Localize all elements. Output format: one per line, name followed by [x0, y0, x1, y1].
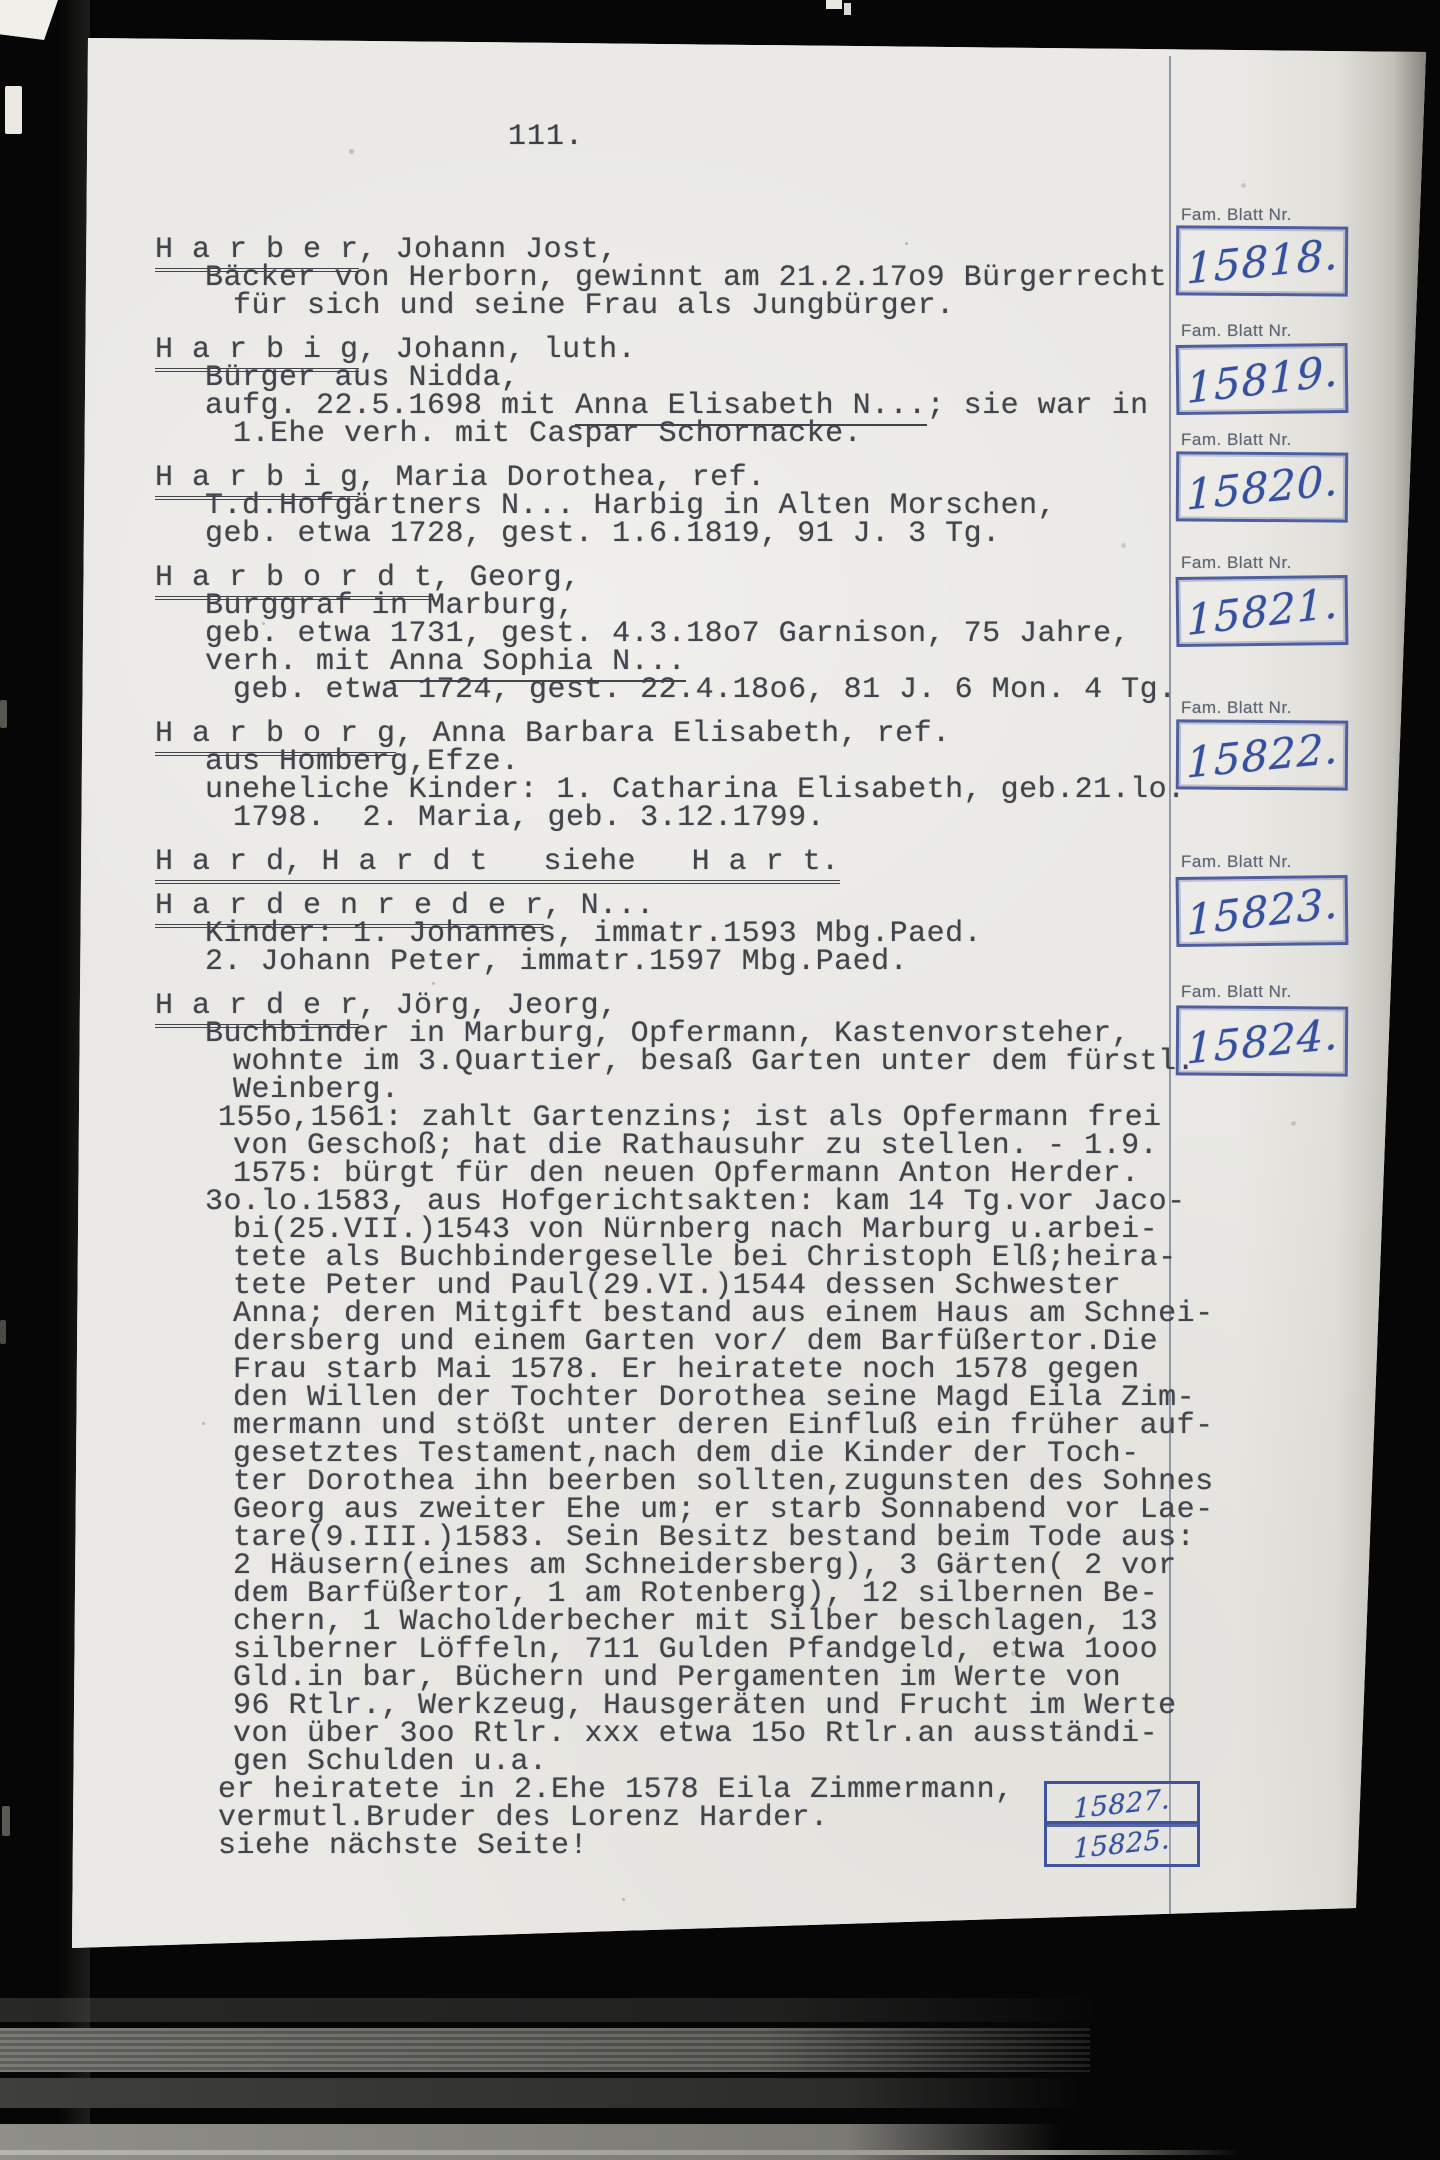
text-line: geb. etwa 1731, gest. 4.3.18o7 Garnison,… — [155, 620, 1285, 648]
text-line: verh. mit Anna Sophia N... — [155, 648, 1285, 676]
register-entry: H a r b o r d t, Georg,Burggraf in Marbu… — [155, 564, 1285, 704]
text-line: von Geschoß; hat die Rathausuhr zu stell… — [155, 1132, 1285, 1160]
text-line: 155o,1561: zahlt Gartenzins; ist als Opf… — [155, 1104, 1285, 1132]
text-line: silberner Löffeln, 711 Gulden Pfandgeld,… — [155, 1636, 1285, 1664]
text-line: H a r b o r g, Anna Barbara Elisabeth, r… — [155, 720, 1285, 748]
register-entry: H a r d e r, Jörg, Jeorg,Buchbinder in M… — [155, 992, 1285, 1860]
text-line: er heiratete in 2.Ehe 1578 Eila Zimmerma… — [155, 1776, 1285, 1804]
text-line: Frau starb Mai 1578. Er heiratete noch 1… — [155, 1356, 1285, 1384]
text-line: 3o.lo.1583, aus Hofgerichtsakten: kam 14… — [155, 1188, 1285, 1216]
text-line: 1575: bürgt für den neuen Opfermann Anto… — [155, 1160, 1285, 1188]
text-line: den Willen der Tochter Dorothea seine Ma… — [155, 1384, 1285, 1412]
text-line: bi(25.VII.)1543 von Nürnberg nach Marbur… — [155, 1216, 1285, 1244]
register-entry: H a r b i g, Maria Dorothea, ref.T.d.Hof… — [155, 464, 1285, 548]
text-line: 1.Ehe verh. mit Caspar Schornacke. — [155, 420, 1285, 448]
fam-blatt-label: Fam. Blatt Nr. — [1181, 205, 1292, 225]
text-line: Weinberg. — [155, 1076, 1285, 1104]
edge-mark — [0, 700, 7, 728]
text-line: gesetztes Testament,nach dem die Kinder … — [155, 1440, 1285, 1468]
text-line: T.d.Hofgärtners N... Harbig in Alten Mor… — [155, 492, 1285, 520]
scanned-register-page: 111. Fam. Blatt Nr. Fam. Blatt Nr. Fam. … — [0, 0, 1440, 2160]
register-entry: H a r d, H a r d t siehe H a r t. — [155, 848, 1285, 876]
text-line: 2. Johann Peter, immatr.1597 Mbg.Paed. — [155, 948, 1285, 976]
text-line: 96 Rtlr., Werkzeug, Hausgeräten und Fruc… — [155, 1692, 1285, 1720]
register-entry: H a r b e r, Johann Jost,Bäcker von Herb… — [155, 236, 1285, 320]
text-line: geb. etwa 1724, gest. 22.4.18o6, 81 J. 6… — [155, 676, 1285, 704]
register-entry: H a r b o r g, Anna Barbara Elisabeth, r… — [155, 720, 1285, 832]
text-line: Bürger aus Nidda, — [155, 364, 1285, 392]
corner-paper-artifact — [0, 0, 58, 40]
text-line: dem Barfüßertor, 1 am Rotenberg), 12 sil… — [155, 1580, 1285, 1608]
page-number: 111. — [508, 120, 584, 154]
text-line: Burggraf in Marburg, — [155, 592, 1285, 620]
text-line: für sich und seine Frau als Jungbürger. — [155, 292, 1285, 320]
text-line: ter Dorothea ihn beerben sollten,zugunst… — [155, 1468, 1285, 1496]
register-entry: H a r b i g, Johann, luth.Bürger aus Nid… — [155, 336, 1285, 448]
text-line: aufg. 22.5.1698 mit Anna Elisabeth N...;… — [155, 392, 1285, 420]
paper-sheet: 111. Fam. Blatt Nr. Fam. Blatt Nr. Fam. … — [0, 0, 1440, 2160]
text-line: geb. etwa 1728, gest. 1.6.1819, 91 J. 3 … — [155, 520, 1285, 548]
text-line: tare(9.III.)1583. Sein Besitz bestand be… — [155, 1524, 1285, 1552]
text-line: aus Homberg,Efze. — [155, 748, 1285, 776]
text-line: vermutl.Bruder des Lorenz Harder. — [155, 1804, 1285, 1832]
register-entry: H a r d e n r e d e r, N...Kinder: 1. Jo… — [155, 892, 1285, 976]
text-line: uneheliche Kinder: 1. Catharina Elisabet… — [155, 776, 1285, 804]
edge-mark — [5, 86, 22, 134]
text-line: wohnte im 3.Quartier, besaß Garten unter… — [155, 1048, 1285, 1076]
paper-edge-shadow — [1336, 38, 1428, 1918]
text-line: H a r d, H a r d t siehe H a r t. — [155, 848, 1285, 876]
edge-mark — [844, 3, 851, 15]
text-line: gen Schulden u.a. — [155, 1748, 1285, 1776]
text-line: H a r b i g, Johann, luth. — [155, 336, 1285, 364]
scanner-streak — [0, 2078, 1080, 2108]
text-line: chern, 1 Wacholderbecher mit Silber besc… — [155, 1608, 1285, 1636]
entries: H a r b e r, Johann Jost,Bäcker von Herb… — [155, 236, 1285, 1876]
edge-mark — [2, 1806, 10, 1836]
scanner-streak — [0, 2150, 1240, 2155]
text-line: mermann und stößt unter deren Einfluß ei… — [155, 1412, 1285, 1440]
text-line: tete Peter und Paul(29.VI.)1544 dessen S… — [155, 1272, 1285, 1300]
text-line: 1798. 2. Maria, geb. 3.12.1799. — [155, 804, 1285, 832]
scanner-streak — [0, 1998, 1100, 2022]
scanner-streak — [0, 2028, 1090, 2072]
text-line: Anna; deren Mitgift bestand aus einem Ha… — [155, 1300, 1285, 1328]
text-line: 2 Häusern(eines am Schneidersberg), 3 Gä… — [155, 1552, 1285, 1580]
text-line: siehe nächste Seite! — [155, 1832, 1285, 1860]
text-line: tete als Buchbindergeselle bei Christoph… — [155, 1244, 1285, 1272]
text-line: Kinder: 1. Johannes, immatr.1593 Mbg.Pae… — [155, 920, 1285, 948]
text-line: H a r b o r d t, Georg, — [155, 564, 1285, 592]
edge-mark — [826, 0, 842, 9]
text-line: H a r b i g, Maria Dorothea, ref. — [155, 464, 1285, 492]
text-line: H a r d e r, Jörg, Jeorg, — [155, 992, 1285, 1020]
edge-mark — [0, 1320, 6, 1344]
text-line: dersberg und einem Garten vor/ dem Barfü… — [155, 1328, 1285, 1356]
text-line: H a r b e r, Johann Jost, — [155, 236, 1285, 264]
text-line: Buchbinder in Marburg, Opfermann, Kasten… — [155, 1020, 1285, 1048]
text-line: Gld.in bar, Büchern und Pergamenten im W… — [155, 1664, 1285, 1692]
text-line: Bäcker von Herborn, gewinnt am 21.2.17o9… — [155, 264, 1285, 292]
text-line: H a r d e n r e d e r, N... — [155, 892, 1285, 920]
text-line: Georg aus zweiter Ehe um; er starb Sonna… — [155, 1496, 1285, 1524]
text-line: von über 3oo Rtlr. xxx etwa 15o Rtlr.an … — [155, 1720, 1285, 1748]
